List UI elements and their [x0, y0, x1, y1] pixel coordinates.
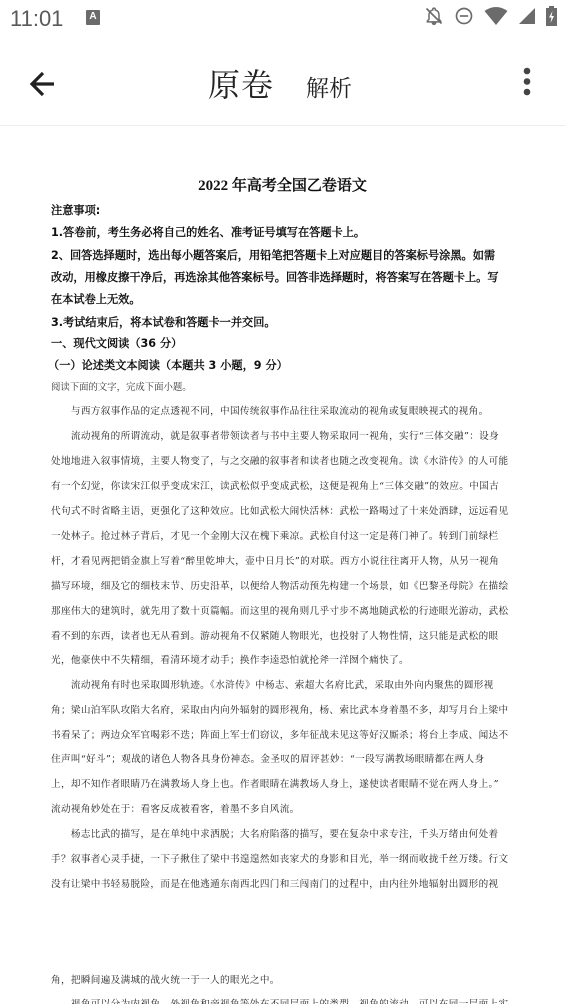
status-icons: [424, 6, 557, 26]
passage-line: 杨志比武的描写，是在单纯中求洒脱；大名府陷落的描写，要在复杂中求专注，千头万绪由…: [51, 826, 498, 840]
passage-line: 有一个幻觉，你读宋江似乎变成宋江，读武松似乎变成武松，这便是视角上“三体交融”的…: [51, 478, 499, 492]
battery-charging-icon: [546, 6, 557, 26]
a-icon: A: [86, 10, 100, 25]
passage-line: 光，他豪侠中不失精细，看清环境才动手；换作李逵恐怕就抡斧一洋囫个痛快了。: [51, 652, 409, 666]
notice-line: 1.答卷前，考生务必将自己的姓名、准考证号填写在答题卡上。: [51, 224, 365, 240]
subsection-heading: （一）论述类文本阅读（本题共 3 小题，9 分）: [48, 357, 288, 373]
passage-line: 处地地进入叙事情境，主要人物变了，与之交融的叙事者和读者也随之改变视角。读《水浒…: [51, 453, 508, 467]
passage-line: 流动视角妙处在于：看客反成被看客，着墨不多自风流。: [51, 801, 300, 815]
more-vert-icon: [516, 66, 538, 100]
passage-line: 上，却不知作者眼睛乃在满教场人身上也。作者眼睛在满教场人身上，遂使读者眼睛不觉在…: [51, 776, 499, 790]
notice-line: 在本试卷上无效。: [51, 291, 141, 307]
passage-line: 住声叫“好斗”；观战的诸色人物各具身份神态。金圣叹的眉评甚妙：“一段写满教场眼睛…: [51, 751, 484, 765]
passage-line: 与西方叙事作品的定点透视不同，中国传统叙事作品往往采取流动的视角或复眼映视式的视…: [51, 403, 489, 417]
passage-line: 看不到的东西，读者也无从看到。游动视角不仅紧随人物眼光，也投射了人物性情，这只能…: [51, 628, 498, 642]
passage-line: 视角可以分为内视角、外视角和旁视角等处在不同层面上的类型。视角的流动，可以在同一…: [51, 996, 508, 1004]
notice-line: 3.考试结束后，将本试卷和答题卡一并交回。: [51, 314, 276, 330]
back-button[interactable]: [24, 64, 64, 104]
passage-line: 代句式不时省略主语，更强化了这种效应。比如武松大闹快活林：武松一路喝过了十来处酒…: [51, 503, 508, 517]
more-options-button[interactable]: [516, 66, 538, 100]
passage-line: 杆，才看见两把销金旗上写着“醉里乾坤大，壶中日月长”的对联。西方小说往往离开人物…: [51, 553, 499, 567]
passage-line: 描写环境，细及它的细枝末节、历史沿革，以便给人物活动预先构建一个场景，如《巴黎圣…: [51, 578, 508, 592]
tab-original-paper[interactable]: 原卷: [208, 60, 274, 106]
arrow-left-icon: [24, 64, 64, 104]
app-bar: 原卷 解析: [0, 38, 565, 126]
passage-line: 角；梁山泊军队攻陷大名府，采取由内向外辐射的圆形视角，杨、索比武本身着墨不多，却…: [51, 702, 508, 716]
passage-line: 手？叙事者心灵手捷，一下子揪住了梁中书遑遑然如丧家犬的身影和目光，举一纲而收拢千…: [51, 851, 508, 865]
notice-heading: 注意事项:: [51, 202, 100, 218]
reading-instruction: 阅读下面的文字，完成下面小题。: [51, 379, 192, 393]
passage-line: 一处林子。抢过林子背后，才见一个金刚大汉在槐下乘凉。武松自付这一定是蒋门神了。转…: [51, 528, 498, 542]
document-title: 2022 年高考全国乙卷语文: [0, 174, 565, 195]
passage-line: 流动视角的所谓流动，就是叙事者带领读者与书中主要人物采取同一视角，实行“三体交融…: [51, 428, 499, 442]
signal-icon: [518, 7, 536, 25]
passage-line: 流动视角有时也采取圆形轨迹。《水浒传》中杨志、索超大名府比武，采取由外向内聚焦的…: [51, 677, 494, 691]
wifi-icon: [484, 6, 508, 26]
passage-line: 没有让梁中书轻易脱险，而是在他逃遁东南西北四门和三闯南门的过程中，由内往外地辐射…: [51, 876, 498, 890]
notifications-off-icon: [424, 6, 444, 26]
notice-line: 2、回答选择题时，选出每小题答案后，用铅笔把答题卡上对应题目的答案标号涂黑。如需: [51, 247, 495, 263]
notice-line: 改动，用橡皮擦干净后，再选涂其他答案标号。回答非选择题时，将答案写在答题卡上。写: [51, 269, 499, 285]
do-not-disturb-icon: [454, 6, 474, 26]
section-heading: 一、现代文阅读（36 分）: [51, 335, 182, 351]
passage-line: 书看呆了；两边众军官喝彩不迭；阵面上军士们窃议，多年征战未见这等好汉厮杀；将台上…: [51, 727, 508, 741]
status-bar: 11:01 A: [0, 0, 565, 38]
passage-line: 那座伟大的建筑时，就先用了数十页篇幅。而这里的视角则几乎寸步不离地随武松的行迹眼…: [51, 603, 508, 617]
passage-line: 角，把瞬间遍及满城的战火统一于一人的眼光之中。: [51, 972, 280, 986]
document-viewer[interactable]: 2022 年高考全国乙卷语文 注意事项: 1.答卷前，考生务必将自己的姓名、准考…: [0, 126, 565, 1004]
status-time: 11:01: [10, 6, 63, 32]
tab-analysis[interactable]: 解析: [306, 70, 352, 103]
